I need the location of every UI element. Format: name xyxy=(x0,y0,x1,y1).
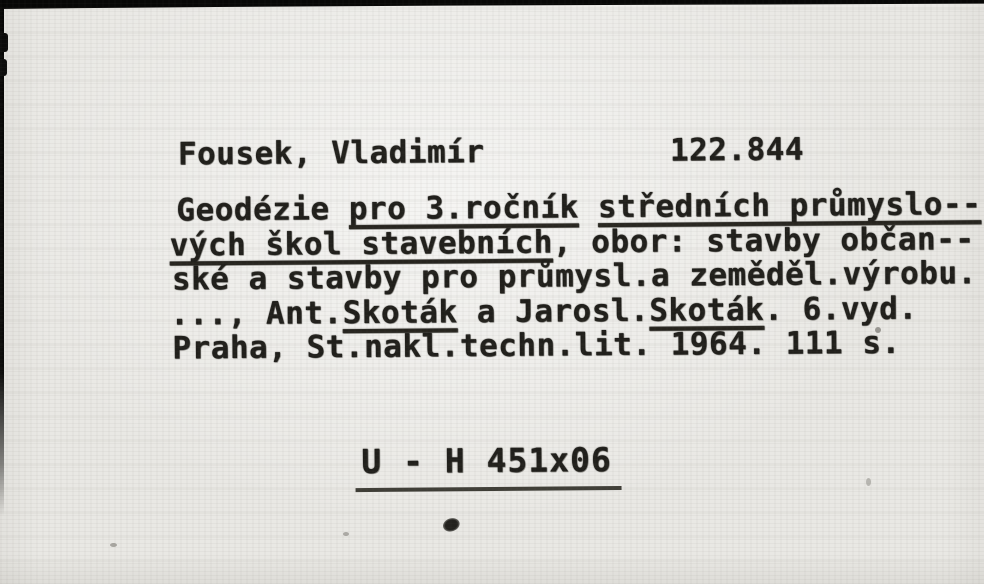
paper-speck xyxy=(110,543,117,547)
paper-speck xyxy=(875,327,881,333)
ink-dot-mark xyxy=(441,516,461,534)
imprint-line: Praha, St.nakl.techn.lit. 1964. 111 s. xyxy=(57,289,901,404)
typewritten-text-layer: Fousek, Vladimír 122.844 Geodézie pro 3.… xyxy=(0,0,984,584)
catalog-card-scan: Fousek, Vladimír 122.844 Geodézie pro 3.… xyxy=(0,0,984,584)
call-number: U - H 451x06 xyxy=(355,440,622,492)
text-segment: Praha, St.nakl.techn.lit. 1964. 111 s. xyxy=(172,325,900,367)
paper-speck xyxy=(866,478,871,486)
paper-speck xyxy=(343,532,349,536)
